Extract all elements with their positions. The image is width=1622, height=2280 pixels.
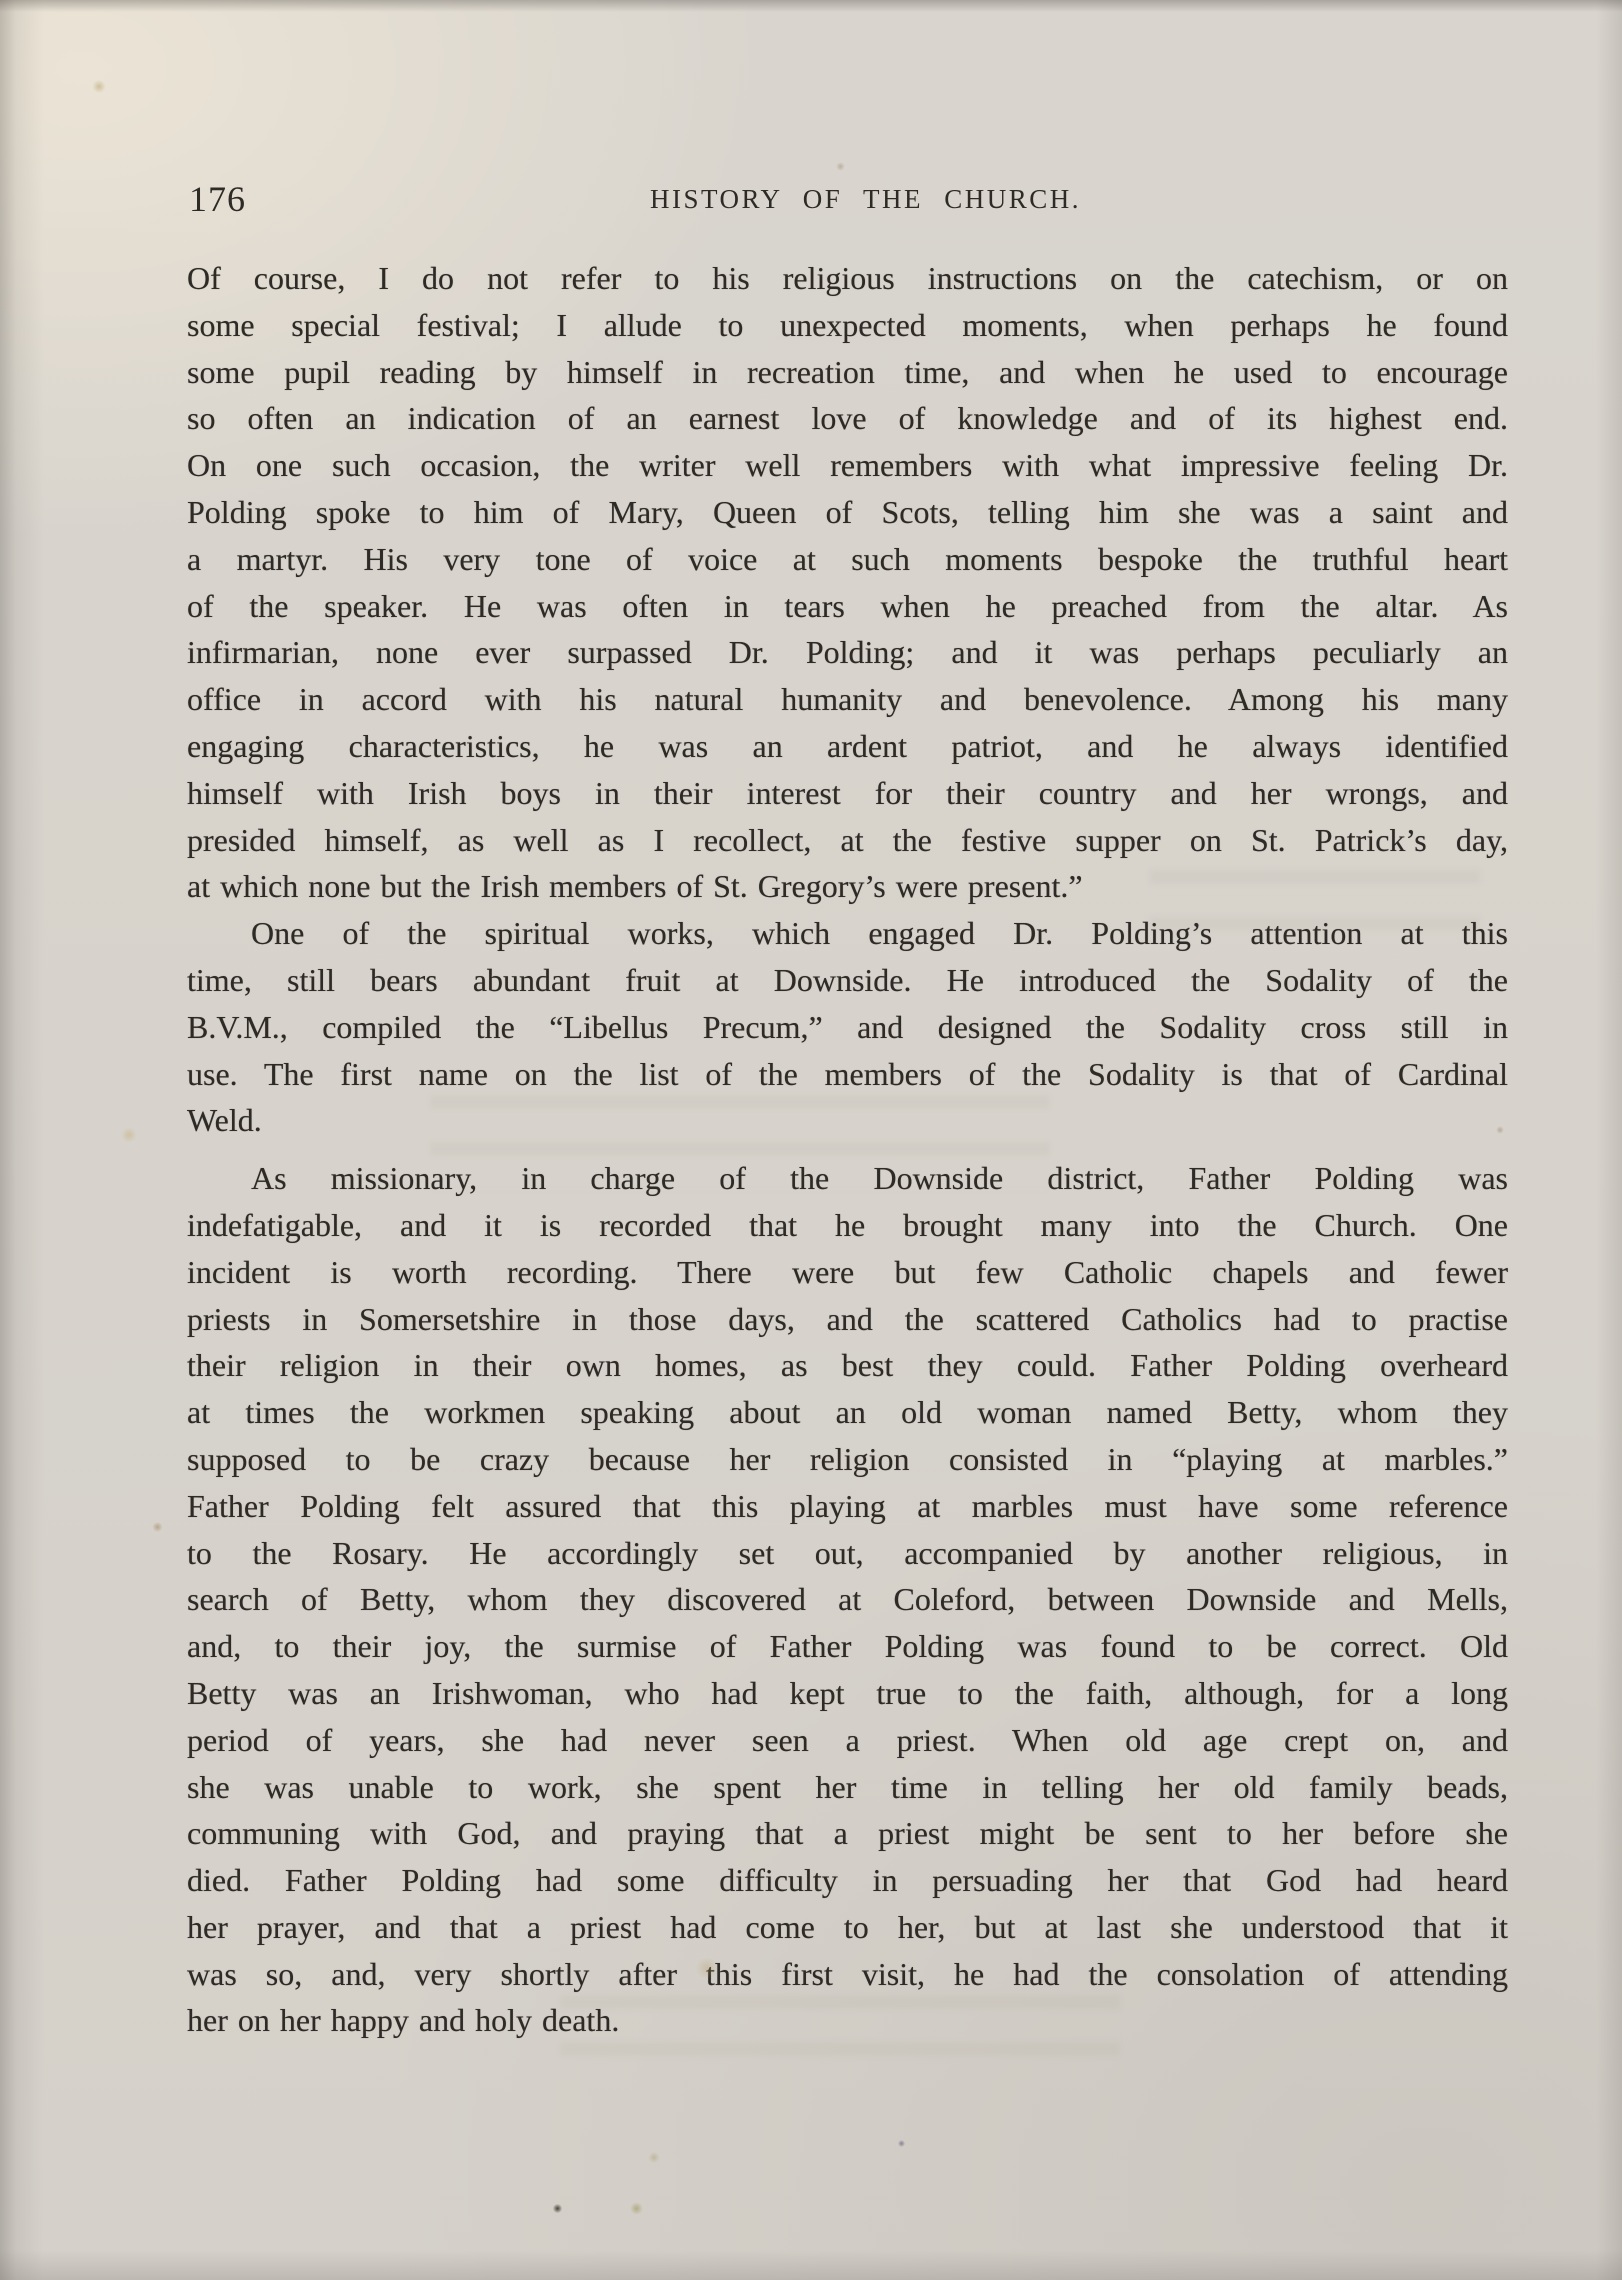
text-line: so often an indication of an earnest lov…: [187, 395, 1508, 442]
text-line: some pupil reading by himself in recreat…: [187, 349, 1508, 396]
text-line: at which none but the Irish members of S…: [187, 863, 1508, 910]
paragraph: One of the spiritual works, which engage…: [187, 910, 1508, 1144]
text-line: Polding spoke to him of Mary, Queen of S…: [187, 489, 1508, 536]
paper-stain: [92, 80, 106, 93]
text-line: period of years, she had never seen a pr…: [187, 1717, 1508, 1764]
text-line: office in accord with his natural humani…: [187, 676, 1508, 723]
text-line: and, to their joy, the surmise of Father…: [187, 1623, 1508, 1670]
text-line: her on her happy and holy death.: [187, 1997, 1508, 2044]
text-line: As missionary, in charge of the Downside…: [187, 1155, 1508, 1202]
text-line: incident is worth recording. There were …: [187, 1249, 1508, 1296]
text-line: Father Polding felt assured that this pl…: [187, 1483, 1508, 1530]
paragraph: Of course, I do not refer to his religio…: [187, 255, 1508, 910]
text-line: B.V.M., compiled the “Libellus Precum,” …: [187, 1004, 1508, 1051]
text-line: was so, and, very shortly after this fir…: [187, 1951, 1508, 1998]
paper-speck: [898, 2140, 905, 2147]
text-block: Of course, I do not refer to his religio…: [187, 255, 1508, 2044]
paragraph: As missionary, in charge of the Downside…: [187, 1155, 1508, 2044]
text-line: her prayer, and that a priest had come t…: [187, 1904, 1508, 1951]
text-line: she was unable to work, she spent her ti…: [187, 1764, 1508, 1811]
text-line: indefatigable, and it is recorded that h…: [187, 1202, 1508, 1249]
text-line: to the Rosary. He accordingly set out, a…: [187, 1530, 1508, 1577]
paper-speck: [648, 2152, 660, 2163]
scanned-book-page: { "page": { "number": "176", "running_he…: [0, 0, 1622, 2280]
text-line: On one such occasion, the writer well re…: [187, 442, 1508, 489]
text-line: priests in Somersetshire in those days, …: [187, 1296, 1508, 1343]
text-line: engaging characteristics, he was an arde…: [187, 723, 1508, 770]
text-line: a martyr. His very tone of voice at such…: [187, 536, 1508, 583]
text-line: died. Father Polding had some difficulty…: [187, 1857, 1508, 1904]
text-line: One of the spiritual works, which engage…: [187, 910, 1508, 957]
text-line: infirmarian, none ever surpassed Dr. Pol…: [187, 629, 1508, 676]
text-line: presided himself, as well as I recollect…: [187, 817, 1508, 864]
paper-stain: [152, 1522, 163, 1532]
text-line: of the speaker. He was often in tears wh…: [187, 583, 1508, 630]
text-line: Betty was an Irishwoman, who had kept tr…: [187, 1670, 1508, 1717]
paper-speck: [630, 2202, 643, 2215]
text-line: time, still bears abundant fruit at Down…: [187, 957, 1508, 1004]
text-line: himself with Irish boys in their interes…: [187, 770, 1508, 817]
page-header: 176 HISTORY OF THE CHURCH.: [187, 177, 1508, 221]
text-line: their religion in their own homes, as be…: [187, 1342, 1508, 1389]
paper-speck: [553, 2204, 562, 2213]
text-line: search of Betty, whom they discovered at…: [187, 1576, 1508, 1623]
text-line: Of course, I do not refer to his religio…: [187, 255, 1508, 302]
text-line: use. The first name on the list of the m…: [187, 1051, 1508, 1098]
text-line: some special festival; I allude to unexp…: [187, 302, 1508, 349]
text-line: Weld.: [187, 1097, 1508, 1144]
text-line: supposed to be crazy because her religio…: [187, 1436, 1508, 1483]
text-line: at times the workmen speaking about an o…: [187, 1389, 1508, 1436]
running-head: HISTORY OF THE CHURCH.: [205, 177, 1526, 221]
paper-stain: [836, 162, 845, 171]
text-line: communing with God, and praying that a p…: [187, 1810, 1508, 1857]
paper-stain: [120, 1128, 138, 1142]
